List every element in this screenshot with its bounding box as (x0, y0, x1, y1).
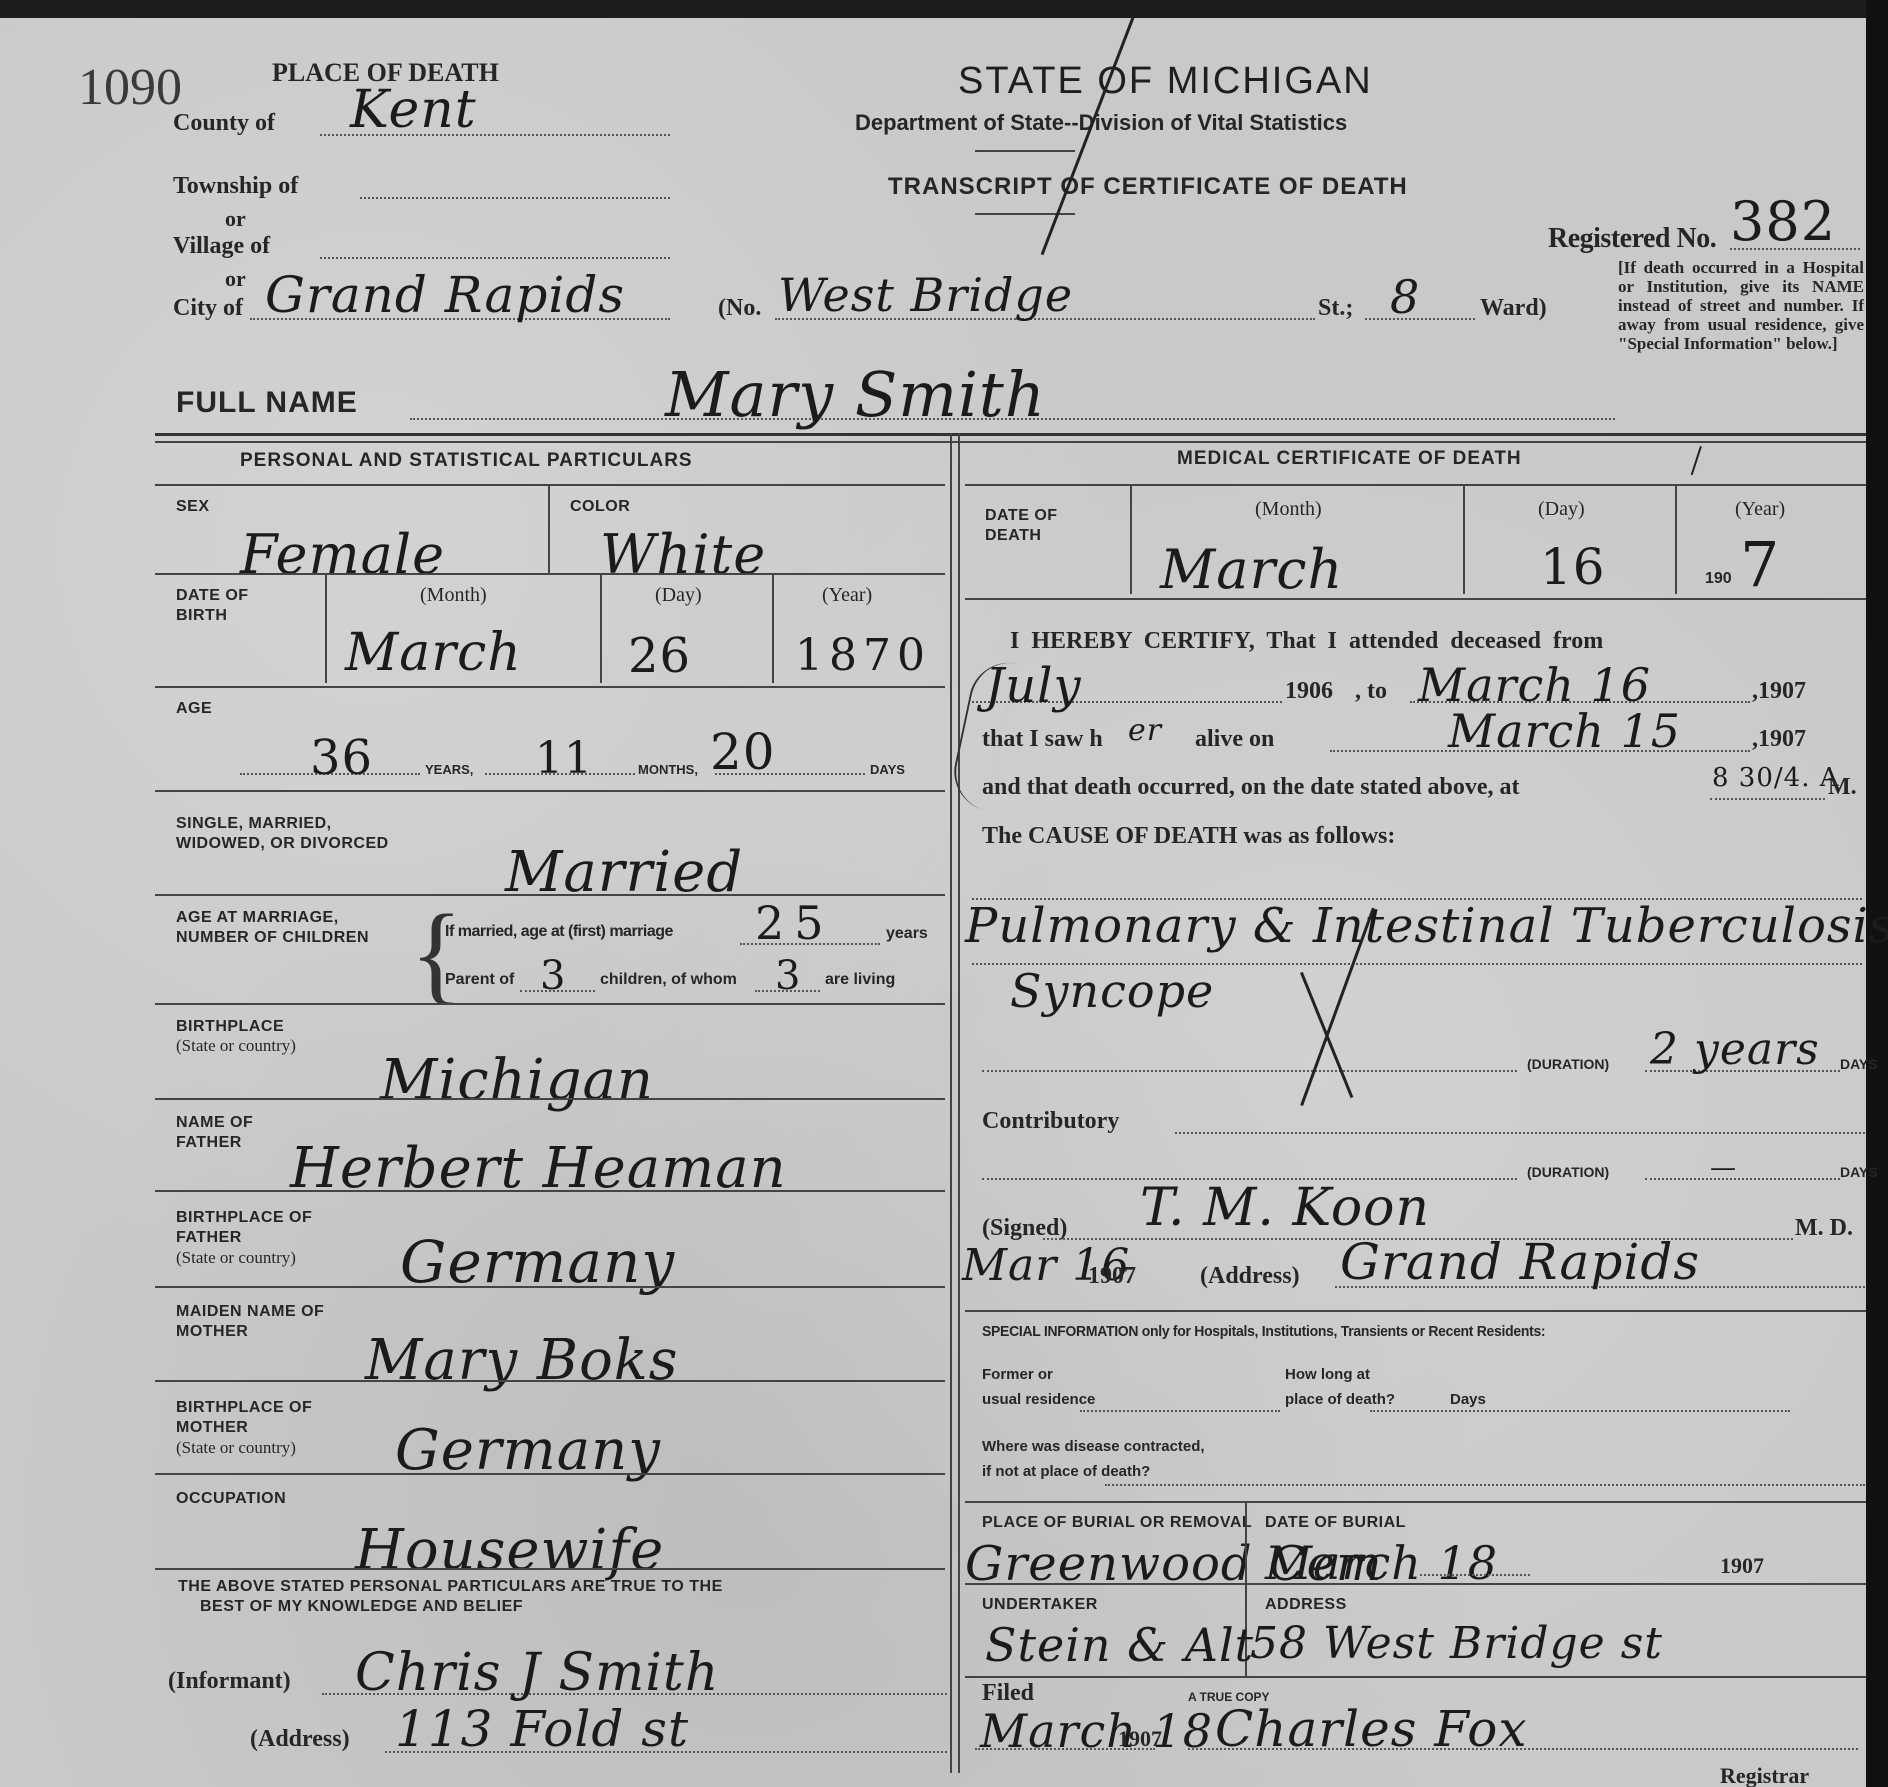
age-days-value: 20 (710, 723, 776, 781)
father-label: NAME OF FATHER (176, 1113, 296, 1153)
contributory-label: Contributory (982, 1108, 1119, 1135)
burial-date-label: DATE OF BURIAL (1265, 1514, 1406, 1532)
county-value: Kent (350, 80, 477, 140)
dod-year-suffix: 7 (1740, 528, 1780, 601)
form-title: TRANSCRIPT OF CERTIFICATE OF DEATH (888, 173, 1408, 201)
are-living-label: are living (825, 971, 895, 989)
informant-address-label: (Address) (250, 1726, 350, 1753)
last-seen-year: ,1907 (1752, 726, 1806, 753)
filed-date-value: March 18 (980, 1704, 1213, 1758)
duration-2-value: — (1710, 1153, 1737, 1183)
signed-year-value: 1907 (1088, 1263, 1136, 1290)
dob-year-value: 1870 (795, 630, 931, 681)
ward-value: 8 (1390, 270, 1420, 324)
medical-heading: MEDICAL CERTIFICATE OF DEATH (1177, 448, 1522, 470)
title-rule-bottom (975, 213, 1075, 215)
sex-label: SEX (176, 498, 210, 516)
days-label-2: DAYS (1840, 1164, 1878, 1180)
full-name-value: Mary Smith (665, 358, 1046, 431)
death-certificate: 1090 PLACE OF DEATH STATE OF MICHIGAN De… (0, 18, 1866, 1787)
birthplace-label: BIRTHPLACE (176, 1018, 284, 1036)
registered-no-label: Registered No. (1548, 223, 1716, 255)
full-name-label: FULL NAME (176, 386, 358, 420)
days-short-label: Days (1450, 1391, 1486, 1408)
registrar-label: Registrar (1720, 1763, 1809, 1787)
dod-month-label: (Month) (1255, 498, 1322, 521)
informant-value: Chris J Smith (355, 1643, 719, 1703)
registered-no-value: 382 (1730, 190, 1836, 253)
marital-label-2: WIDOWED, OR DIVORCED (176, 835, 389, 853)
marital-label-1: SINGLE, MARRIED, (176, 815, 332, 833)
undertaker-value: Stein & Alt (985, 1618, 1254, 1672)
attended-from-year: 1906 (1285, 678, 1333, 705)
village-label: Village of (173, 233, 270, 260)
dob-month-value: March (345, 623, 522, 683)
dod-day-label: (Day) (1538, 498, 1585, 521)
title-rule-top (975, 150, 1075, 152)
marriage-age-value: 25 (755, 896, 834, 950)
occupation-value: Housewife (355, 1518, 664, 1583)
dob-label: DATE OF BIRTH (176, 586, 276, 626)
dod-year-prefix: 190 (1705, 570, 1732, 588)
personal-heading: PERSONAL AND STATISTICAL PARTICULARS (240, 450, 693, 472)
how-long-label-1: How long at (1285, 1366, 1370, 1383)
attended-to-year: ,1907 (1752, 678, 1806, 705)
children-of-whom-label: children, of whom (600, 971, 737, 989)
duration-1-value: 2 years (1650, 1024, 1820, 1075)
ward-label: Ward) (1480, 295, 1547, 322)
age-label: AGE (176, 700, 212, 718)
physician-address-value: Grand Rapids (1340, 1233, 1700, 1291)
or-label-2: or (225, 266, 246, 292)
last-seen-value: March 15 (1448, 704, 1681, 758)
marriage-age-unit: years (886, 925, 928, 943)
filed-label: Filed (982, 1680, 1034, 1707)
living-value: 3 (775, 953, 801, 999)
dob-day-value: 26 (628, 628, 691, 684)
dob-year-label: (Year) (822, 584, 872, 607)
street-value: West Bridge (778, 268, 1073, 322)
days-label-1: DAYS (1840, 1056, 1878, 1072)
cause-heading: The CAUSE OF DEATH was as follows: (982, 823, 1395, 850)
city-value: Grand Rapids (265, 266, 625, 324)
cause-2-value: Syncope (1010, 964, 1214, 1018)
certify-text: I HEREBY CERTIFY, That I attended deceas… (1010, 628, 1603, 655)
m-label: M. (1828, 774, 1857, 801)
signed-value: T. M. Koon (1140, 1178, 1430, 1238)
undertaker-address-value: 58 West Bridge st (1250, 1618, 1663, 1669)
alive-on-label: alive on (1195, 726, 1274, 753)
informant-label: (Informant) (168, 1668, 291, 1695)
time-value: 8 30/4. A (1712, 763, 1840, 793)
mother-birthplace-label: BIRTHPLACE OF MOTHER (176, 1398, 346, 1438)
burial-year-value: 1907 (1720, 1553, 1764, 1579)
undertaker-label: UNDERTAKER (982, 1596, 1098, 1614)
burial-date-value: March 18 (1265, 1536, 1498, 1590)
age-years-value: 36 (310, 730, 373, 786)
saw-her-value: er (1128, 713, 1162, 748)
birthplace-sublabel: (State or country) (176, 1036, 296, 1056)
occupation-label: OCCUPATION (176, 1490, 286, 1508)
special-info-heading: SPECIAL INFORMATION only for Hospitals, … (982, 1323, 1545, 1340)
undertaker-address-label: ADDRESS (1265, 1596, 1347, 1614)
st-label: St.; (1318, 295, 1353, 322)
stamp-number: 1090 (78, 58, 182, 117)
contracted-label-1: Where was disease contracted, (982, 1438, 1205, 1455)
registrar-signature: Charles Fox (1215, 1700, 1528, 1758)
check-icon (1691, 446, 1702, 475)
dob-month-label: (Month) (420, 584, 487, 607)
physician-address-label: (Address) (1200, 1263, 1300, 1290)
dod-month-value: March (1160, 538, 1343, 601)
dod-year-label: (Year) (1735, 498, 1785, 521)
dod-label: DATE OF DEATH (985, 506, 1095, 546)
months-label: MONTHS, (638, 762, 698, 777)
cause-1-value: Pulmonary & Intestinal Tuberculosis (965, 898, 1888, 954)
attest-line-2: BEST OF MY KNOWLEDGE AND BELIEF (200, 1598, 523, 1616)
city-label: City of (173, 295, 243, 322)
sex-value: Female (240, 523, 445, 586)
marriage-label: AGE AT MARRIAGE, NUMBER OF CHILDREN (176, 908, 406, 948)
dob-day-label: (Day) (655, 584, 702, 607)
former-residence-label-1: Former or (982, 1366, 1053, 1383)
dod-day-value: 16 (1540, 538, 1606, 596)
occurred-text: and that death occurred, on the date sta… (982, 774, 1520, 801)
attest-line-1: THE ABOVE STATED PERSONAL PARTICULARS AR… (178, 1578, 723, 1596)
department-subtitle: Department of State--Division of Vital S… (855, 110, 1347, 136)
informant-address-value: 113 Fold st (395, 1700, 689, 1758)
years-label: YEARS, (425, 762, 473, 777)
birthplace-value: Michigan (380, 1048, 654, 1113)
brace-icon: { (410, 898, 463, 1008)
center-divider (950, 433, 952, 1773)
how-long-label-2: place of death? (1285, 1391, 1395, 1408)
burial-place-label: PLACE OF BURIAL OR REMOVAL (982, 1514, 1252, 1532)
age-months-value: 11 (535, 733, 593, 784)
color-value: White (600, 523, 766, 586)
duration-label-1: (DURATION) (1527, 1056, 1609, 1072)
color-label: COLOR (570, 498, 630, 516)
township-label: Township of (173, 173, 298, 200)
mother-value: Mary Boks (365, 1328, 678, 1393)
state-title: STATE OF MICHIGAN (958, 60, 1373, 103)
hospital-note: [If death occurred in a Hospital or Inst… (1618, 258, 1864, 353)
mother-birthplace-sublabel: (State or country) (176, 1438, 296, 1458)
marriage-age-text: If married, age at (first) marriage (445, 923, 673, 941)
duration-label-2: (DURATION) (1527, 1164, 1609, 1180)
father-birthplace-sublabel: (State or country) (176, 1248, 296, 1268)
former-residence-label-2: usual residence (982, 1391, 1095, 1408)
county-label: County of (173, 110, 275, 137)
children-value: 3 (540, 953, 566, 999)
md-label: M. D. (1795, 1215, 1853, 1242)
days-label: DAYS (870, 762, 905, 777)
father-birthplace-label: BIRTHPLACE OF FATHER (176, 1208, 346, 1248)
street-label: (No. (718, 295, 761, 322)
to-label: , to (1355, 678, 1387, 705)
contracted-label-2: if not at place of death? (982, 1463, 1150, 1480)
mother-label: MAIDEN NAME OF MOTHER (176, 1302, 346, 1342)
scan-border-right (1866, 0, 1888, 1787)
parent-of-label: Parent of (445, 971, 514, 989)
filed-year-value: 1907 (1118, 1726, 1162, 1752)
or-label-1: or (225, 206, 246, 232)
scan-border-top (0, 0, 1888, 18)
